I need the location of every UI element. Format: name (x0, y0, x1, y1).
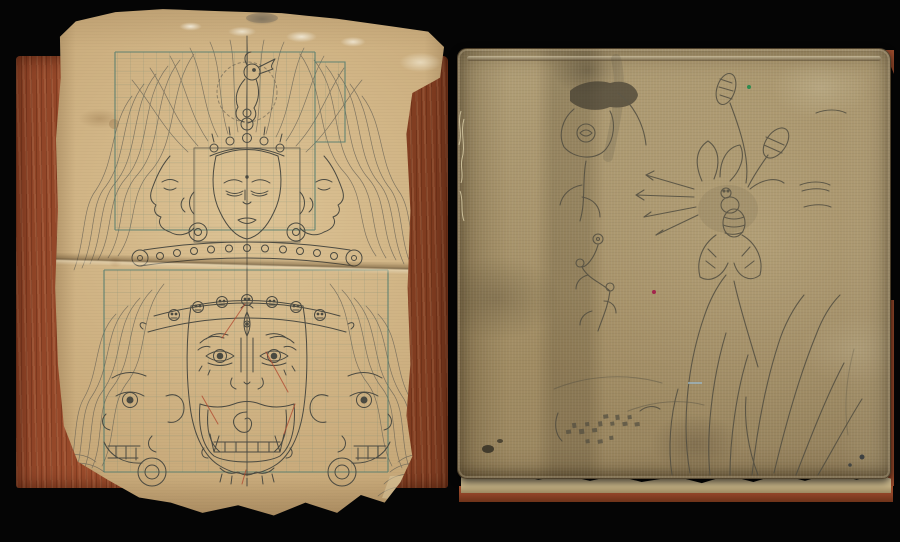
frayed-threads (459, 111, 464, 221)
iconometric-leaf (52, 6, 448, 518)
cover-sketches (458, 49, 892, 480)
manuscript-photograph (0, 0, 900, 542)
cloth-book-cover (457, 48, 891, 479)
inscription-stamp (564, 410, 641, 448)
flower-sprig-sketch (576, 234, 616, 331)
lily-sketch (636, 71, 794, 367)
hatch-smudges (800, 110, 854, 435)
grass-blades-sketch (628, 275, 862, 475)
smudged-flower-sketch (560, 59, 646, 221)
